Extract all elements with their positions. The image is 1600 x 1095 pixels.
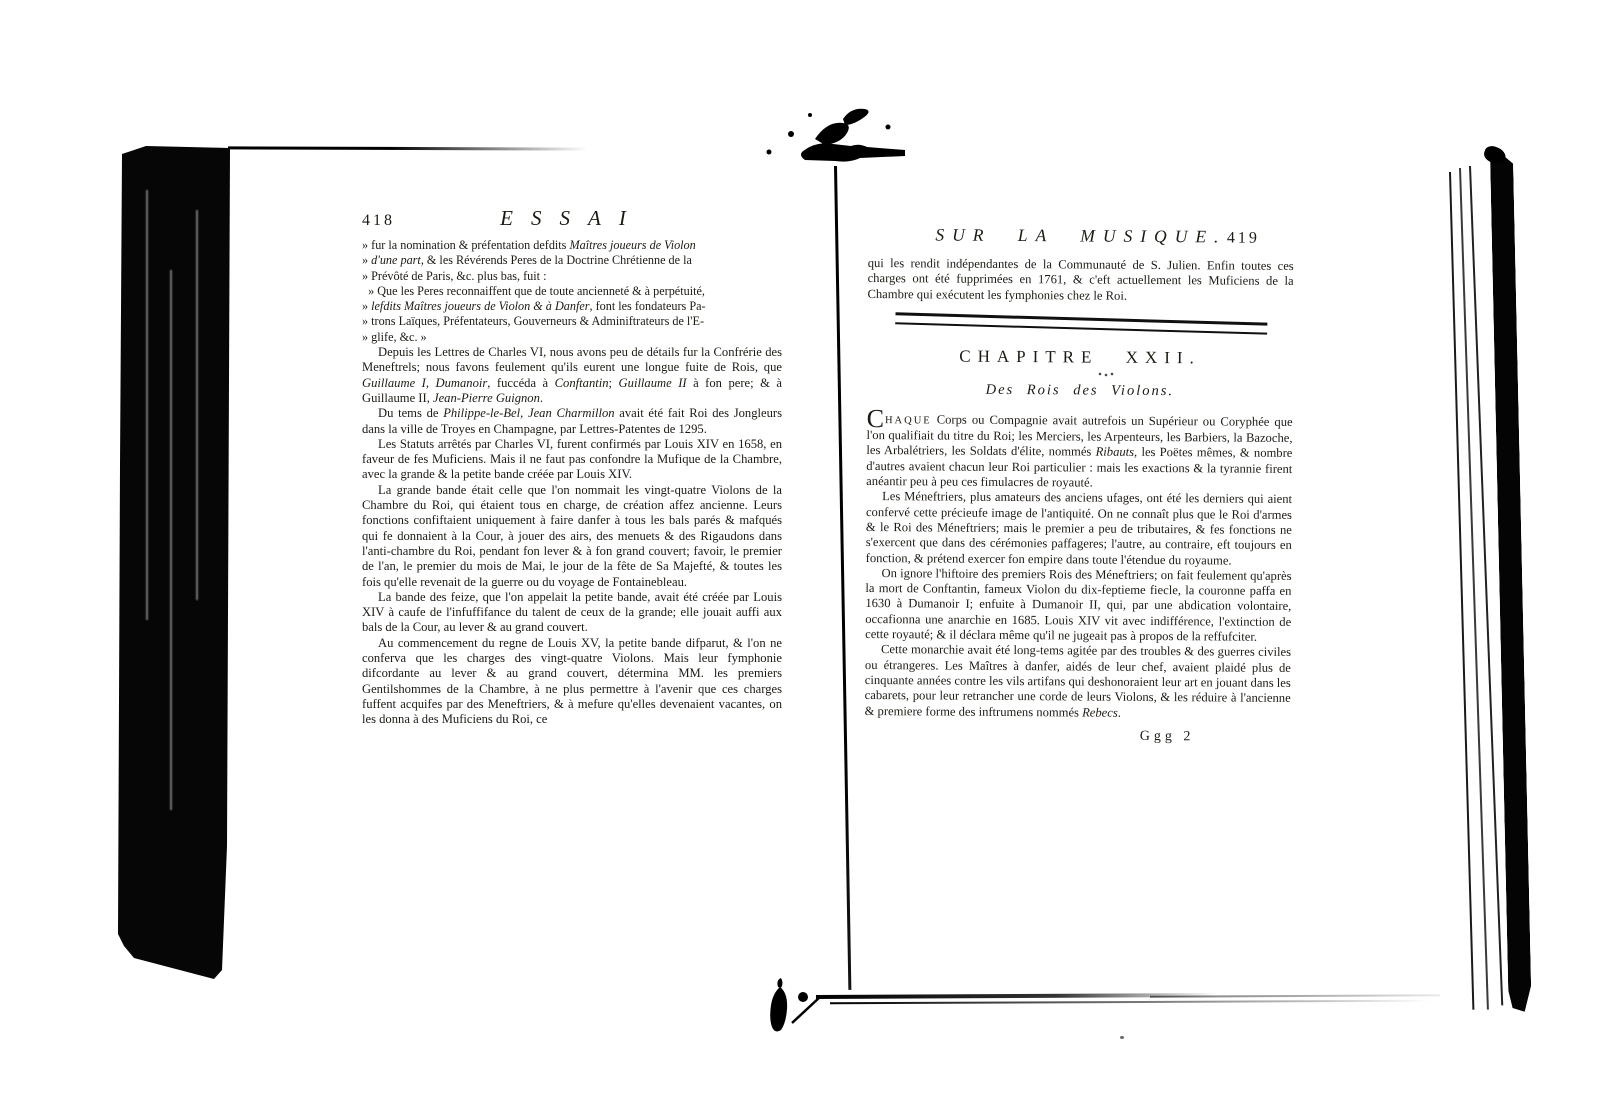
page-bottom-edge-line [1150,994,1440,998]
gutter-white-streak [170,270,172,810]
lead-paragraph: CHAQUE Corps ou Compagnie avait autrefoi… [866,412,1293,492]
body-paragraph: Au commencement du regne de Louis XV, la… [362,636,782,728]
ink-speck [1120,1036,1124,1039]
quoted-line: » glife, &c. » [362,330,782,345]
continuation-paragraph: qui les rendit indépendantes de la Commu… [867,256,1293,305]
quoted-line: » Que les Peres reconnaiffent que de tou… [362,284,782,299]
page-fold-line [834,166,851,990]
body-paragraph: Les Méneftriers, plus amateurs des ancie… [866,489,1293,568]
gutter-white-streak [146,190,148,620]
page-419: SUR LA MUSIQUE. 419 qui les rendit indép… [864,224,1294,745]
scan-gutter-shadow [118,146,230,980]
page-bottom-edge-line [830,1000,1430,1005]
body-paragraph: Depuis les Lettres de Charles VI, nous a… [362,345,782,406]
quoted-statutes-block: » fur la nomination & préfentation defdi… [362,238,782,345]
quoted-line: » fur la nomination & préfentation defdi… [362,238,782,253]
lead-small-caps: HAQUE [885,415,932,426]
running-title: ESSAI [362,206,782,231]
left-page-top-edge-line [228,146,588,150]
body-paragraph: Cette monarchie avait été long-tems agit… [865,642,1292,721]
quoted-line: » lefdits Maîtres joueurs de Violon & à … [362,299,782,314]
quoted-line: » trons Laïques, Préfentateurs, Gouverne… [362,314,782,329]
right-page-body: Les Méneftriers, plus amateurs des ancie… [865,489,1293,721]
page-number: 419 [1227,230,1260,248]
body-paragraph: La grande bande était celle que l'on nom… [362,483,782,590]
signature-mark: Ggg 2 [864,727,1290,745]
right-page-edge-line [1449,172,1474,1010]
body-paragraph: On ignore l'hiftoire des premiers Rois d… [865,566,1292,645]
quoted-line: » d'une part, & les Révérends Peres de l… [362,253,782,268]
section-rule [895,312,1267,334]
body-paragraph: Du tems de Philippe-le-Bel, Jean Charmil… [362,406,782,437]
quoted-line: » Prévôté de Paris, &c. plus bas, fuit : [362,269,782,284]
right-running-header: SUR LA MUSIQUE. 419 [868,224,1294,253]
book-scan-canvas: 418 ESSAI » fur la nomination & préfenta… [0,0,1600,1095]
body-paragraph: Les Statuts arrêtés par Charles VI, fure… [362,437,782,483]
ink-blotch-bottom-left [748,975,848,1040]
left-running-header: 418 ESSAI [362,206,782,238]
chapter-heading: CHAPITRE XXII. [867,346,1293,369]
gutter-white-streak [196,210,198,600]
left-page-body: Depuis les Lettres de Charles VI, nous a… [362,345,782,727]
body-paragraph: La bande des feize, que l'on appelait la… [362,590,782,636]
page-418: 418 ESSAI » fur la nomination & préfenta… [362,206,782,728]
ink-blotch-top-center [755,103,920,178]
chapter-subtitle: Des Rois des Violons. [867,381,1293,401]
